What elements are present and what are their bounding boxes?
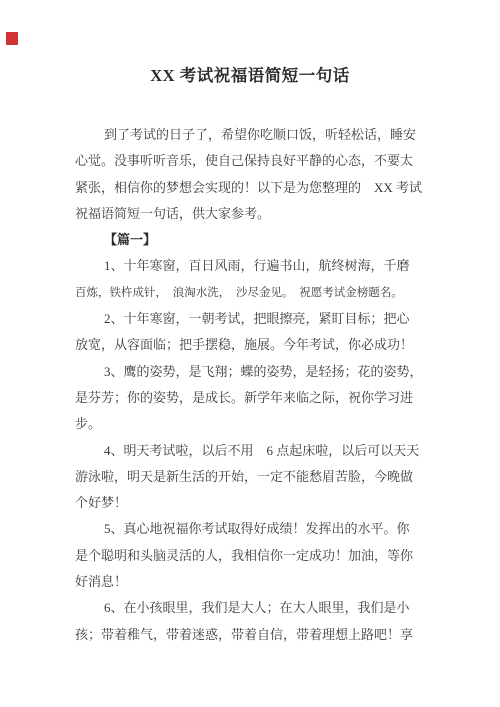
text-line: 孩；带着稚气，带着迷惑，带着自信，带着理想上路吧！享 [75, 622, 425, 648]
text-line: 是芬芳；你的姿势，是成长。新学年来临之际，祝你学习进 [75, 385, 425, 411]
text-line: 1、十年寒窗，百日风雨，行遍书山，航终树海，千磨 [75, 253, 425, 279]
text-line: 游泳啦，明天是新生活的开始，一定不能愁眉苦脸，今晚做 [75, 464, 425, 490]
text-line: 紧张，相信你的梦想会实现的！以下是为您整理的 XX 考试 [75, 175, 425, 201]
text-line: 好消息！ [75, 569, 425, 595]
text-line: 5、真心地祝福你考试取得好成绩！发挥出的水平。你 [75, 516, 425, 542]
text-line: 6、在小孩眼里，我们是大人；在大人眼里，我们是小 [75, 595, 425, 621]
document-body: 到了考试的日子了，希望你吃顺口饭，听轻松话，睡安心觉。没事听听音乐，使自己保持良… [75, 122, 425, 648]
text-line: 步。 [75, 411, 425, 437]
text-line: 祝福语简短一句话，供大家参考。 [75, 201, 425, 227]
text-line: 百炼，铁杵成针， 浪淘水洗， 沙尽金见。 祝愿考试金榜题名。 [75, 280, 425, 306]
text-line: 放宽，从容面临；把手摆稳，施展。今年考试，你必成功！ [75, 332, 425, 358]
document-page: XX 考试祝福语简短一句话 到了考试的日子了，希望你吃顺口饭，听轻松话，睡安心觉… [0, 0, 500, 707]
text-line: 4、明天考试啦，以后不用 6 点起床啦，以后可以天天 [75, 438, 425, 464]
red-corner-marker [6, 32, 18, 45]
text-line: 心觉。没事听听音乐，使自己保持良好平静的心态，不要太 [75, 148, 425, 174]
text-line: 个好梦！ [75, 490, 425, 516]
document-title: XX 考试祝福语简短一句话 [75, 62, 425, 86]
text-line: 到了考试的日子了，希望你吃顺口饭，听轻松话，睡安 [75, 122, 425, 148]
text-line: 2、十年寒窗，一朝考试，把眼擦亮，紧盯目标；把心 [75, 306, 425, 332]
text-line: 是个聪明和头脑灵活的人，我相信你一定成功！加油，等你 [75, 543, 425, 569]
section-heading-line: 【篇一】 [75, 227, 425, 253]
text-line: 3、鹰的姿势，是飞翔；蝶的姿势，是轻扬；花的姿势， [75, 359, 425, 385]
